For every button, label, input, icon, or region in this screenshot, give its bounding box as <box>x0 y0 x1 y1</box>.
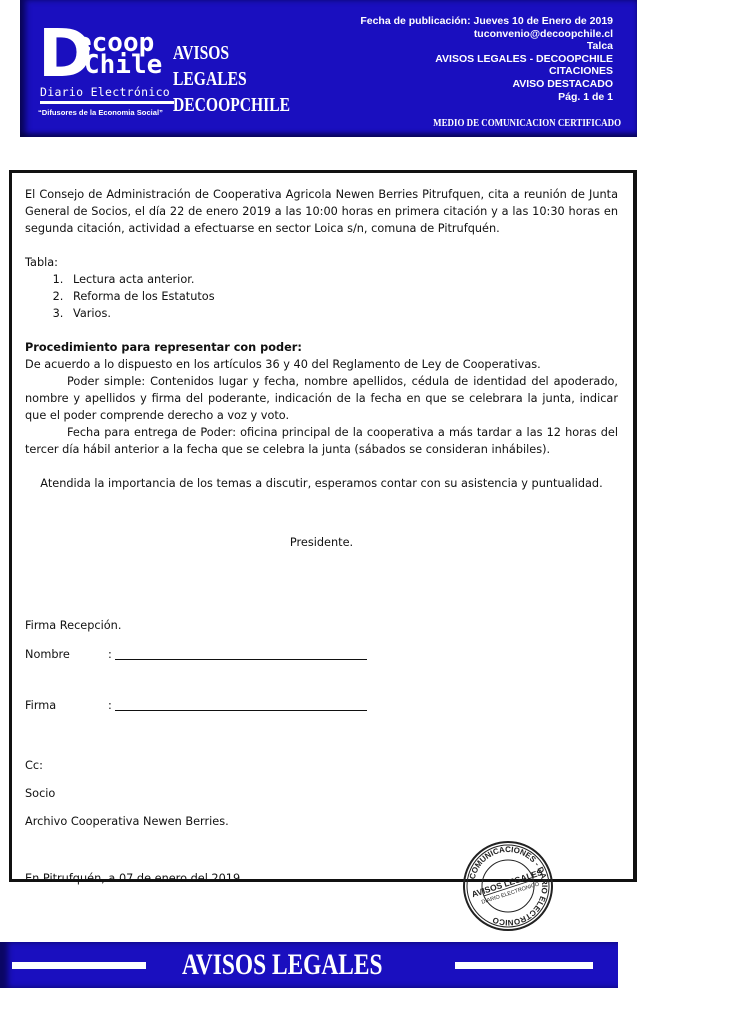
notice-intro: El Consejo de Administración de Cooperat… <box>25 186 618 237</box>
agenda-item: Varios. <box>67 305 618 322</box>
publication-category: CITACIONES <box>360 65 613 78</box>
header-banner: D ecoop Chile Diario Electrónico “Difuso… <box>20 0 637 137</box>
publication-section: AVISOS LEGALES - DECOOPCHILE <box>360 53 613 66</box>
poder-simple-text: Poder simple: Contenidos lugar y fecha, … <box>25 373 618 424</box>
firma-label: Firma <box>25 697 108 714</box>
footer-title: AVISOS LEGALES <box>182 948 383 982</box>
firma-field[interactable] <box>115 697 367 711</box>
logo-subtitle: Diario Electrónico <box>40 85 170 99</box>
logo-slogan: “Difusores de la Economia Social” <box>38 108 163 117</box>
firma-field-row: Firma : <box>25 697 367 714</box>
footer-banner: AVISOS LEGALES <box>0 942 618 988</box>
brand-line: AVISOS <box>173 40 290 66</box>
notice-body: El Consejo de Administración de Cooperat… <box>25 186 618 551</box>
place-date: En Pitrufquén, a 07 de enero del 2019 <box>25 870 367 887</box>
reception-block: Firma Recepción. Nombre : Firma : Cc: So… <box>25 606 367 898</box>
firma-separator: : <box>108 697 112 714</box>
publication-city: Talca <box>360 40 613 53</box>
certification-stamp-icon: COMUNICACIONES - DARIO ELECTRONICO AVISO… <box>462 840 554 932</box>
signer-title: Presidente. <box>25 534 618 551</box>
agenda-item: Lectura acta anterior. <box>67 271 618 288</box>
agenda-list: Lectura acta anterior. Reforma de los Es… <box>25 271 618 322</box>
certified-label: MEDIO DE COMUNICACION CERTIFICADO <box>433 118 621 129</box>
agenda-label: Tabla: <box>25 254 618 271</box>
brand-line: LEGALES <box>173 66 290 92</box>
nombre-separator: : <box>108 646 112 663</box>
closing-text: Atendida la importancia de los temas a d… <box>25 475 618 492</box>
publication-date: Fecha de publicación: Jueves 10 de Enero… <box>360 15 613 28</box>
page-number: Pág. 1 de 1 <box>360 91 613 104</box>
footer-divider-right <box>455 962 593 969</box>
decoopchile-logo: D ecoop Chile Diario Electrónico “Difuso… <box>38 24 178 120</box>
procedure-intro: De acuerdo a lo dispuesto en los artícul… <box>25 356 618 373</box>
logo-divider <box>40 101 174 104</box>
cc-item: Socio <box>25 785 367 802</box>
nombre-field-row: Nombre : <box>25 646 367 663</box>
cc-label: Cc: <box>25 757 367 774</box>
publication-type: AVISO DESTACADO <box>360 78 613 91</box>
nombre-field[interactable] <box>115 646 367 660</box>
footer-divider-left <box>12 962 146 969</box>
brand-title: AVISOS LEGALES DECOOPCHILE <box>173 40 290 118</box>
contact-email: tuconvenio@decoopchile.cl <box>360 28 613 41</box>
brand-line: DECOOPCHILE <box>173 92 290 118</box>
nombre-label: Nombre <box>25 646 108 663</box>
fecha-entrega-text: Fecha para entrega de Poder: oficina pri… <box>25 424 618 458</box>
procedure-heading: Procedimiento para representar con poder… <box>25 339 618 356</box>
logo-line-2: Chile <box>84 52 162 78</box>
cc-item: Archivo Cooperativa Newen Berries. <box>25 813 367 830</box>
publication-info: Fecha de publicación: Jueves 10 de Enero… <box>360 15 613 103</box>
reception-title: Firma Recepción. <box>25 617 367 634</box>
agenda-item: Reforma de los Estatutos <box>67 288 618 305</box>
